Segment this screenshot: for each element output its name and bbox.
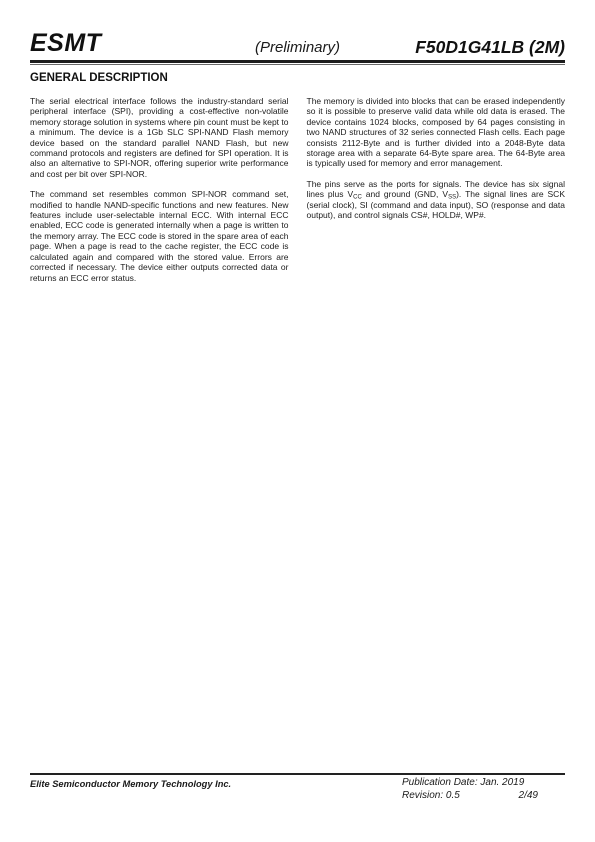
right-column: The memory is divided into blocks that c… — [307, 96, 566, 293]
footer-publication-block: Publication Date: Jan. 2019 Revision: 0.… — [402, 777, 538, 802]
body-columns: The serial electrical interface follows … — [30, 96, 565, 293]
left-paragraph-2: The command set resembles common SPI-NOR… — [30, 189, 289, 283]
right-paragraph-2: The pins serve as the ports for signals.… — [307, 179, 566, 221]
header-rule — [30, 60, 565, 66]
section-title: GENERAL DESCRIPTION — [30, 72, 168, 84]
revision: Revision: 0.5 — [402, 790, 460, 803]
footer-rule — [30, 773, 565, 775]
revision-row: Revision: 0.5 2/49 — [402, 790, 538, 803]
left-column: The serial electrical interface follows … — [30, 96, 289, 293]
footer-company: Elite Semiconductor Memory Technology In… — [30, 779, 231, 789]
right-paragraph-2-text: and ground (GND, V — [362, 189, 448, 199]
datasheet-page: ESMT (Preliminary) F50D1G41LB (2M) GENER… — [0, 0, 595, 842]
right-paragraph-1: The memory is divided into blocks that c… — [307, 96, 566, 169]
header-rule-thin — [30, 64, 565, 65]
publication-date: Publication Date: Jan. 2019 — [402, 777, 538, 790]
page-number: 2/49 — [519, 790, 538, 803]
part-number: F50D1G41LB (2M) — [415, 37, 565, 58]
left-paragraph-1: The serial electrical interface follows … — [30, 96, 289, 179]
